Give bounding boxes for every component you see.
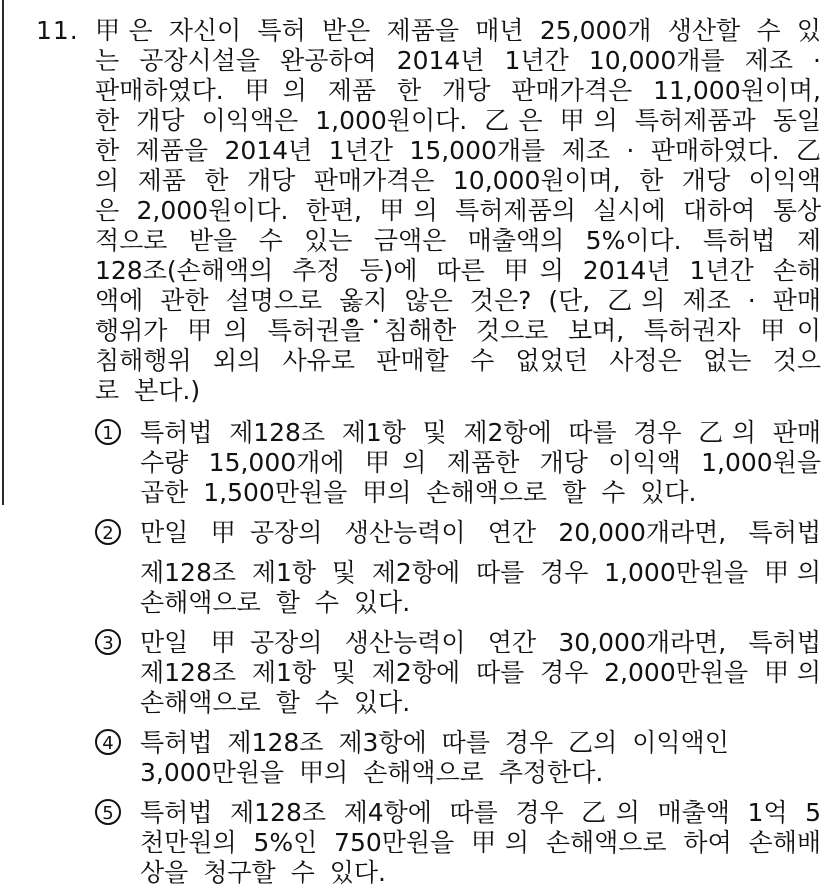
choice-line: 천만원의 5%인 750만원을 甲의 손해액으로 하여 손해배 (140, 828, 821, 858)
choice-3[interactable]: 3만일 甲공장의 생산능력이 연간 30,000개라면, 특허법제128조 제1… (95, 628, 821, 718)
choice-5-marker[interactable]: 5 (95, 799, 121, 825)
choice-line: 손해액으로 할 수 있다. (140, 688, 821, 718)
stem-line: 의 제품 한 개당 판매가격은 10,000원이며, 한 개당 이익액 (95, 166, 821, 196)
choice-line: 특허법 제128조 제1항 및 제2항에 따를 경우 乙의 판매 (140, 418, 821, 448)
stem-line: 는 공장시설을 완공하여 2014년 1년간 10,000개를 제조 · (95, 46, 821, 76)
stem-line: 128조(손해액의 추정 등)에 따른 甲의 2014년 1년간 손해 (95, 256, 821, 286)
choice-line: 수량 15,000개에 甲의 제품한 개당 이익액 1,000원을 (140, 448, 821, 478)
stem-text: 액에 관한 설명으로 (95, 286, 339, 315)
choice-line: 3,000만원을 甲의 손해액으로 추정한다. (140, 758, 821, 788)
choice-line: 상을 청구할 수 있다. (140, 858, 821, 888)
choice-line: 만일 甲공장의 생산능력이 연간 20,000개라면, 특허법 (140, 518, 821, 548)
left-column-border (2, 0, 4, 505)
choice-1[interactable]: 1특허법 제128조 제1항 및 제2항에 따를 경우 乙의 판매수량 15,0… (95, 418, 821, 508)
choice-1-marker[interactable]: 1 (95, 419, 121, 445)
question-number: 11. (36, 16, 79, 46)
answer-choices: 1특허법 제128조 제1항 및 제2항에 따를 경우 乙의 판매수량 15,0… (95, 418, 821, 895)
question-stem: 甲은 자신이 특허 받은 제품을 매년 25,000개 생산할 수 있는 공장시… (95, 16, 821, 406)
stem-line: 침해행위 외의 사유로 판매할 수 없었던 사정은 없는 것으 (95, 346, 821, 376)
choice-4[interactable]: 4특허법 제128조 제3항에 따를 경우 乙의 이익액인3,000만원을 甲의… (95, 728, 821, 788)
stem-text: 것은? (단, 乙의 제조 · 판매 (453, 286, 821, 315)
choice-4-marker[interactable]: 4 (95, 729, 121, 755)
exam-page: 11. 甲은 자신이 특허 받은 제품을 매년 25,000개 생산할 수 있는… (0, 0, 826, 895)
choice-2-marker[interactable]: 2 (95, 519, 121, 545)
stem-line: 로 본다.) (95, 376, 821, 406)
emphasized-phrase: 옳지 않은 (339, 286, 453, 315)
stem-line: 액에 관한 설명으로 옳지 않은 것은? (단, 乙의 제조 · 판매 (95, 286, 821, 316)
choice-line: 곱한 1,500만원을 甲의 손해액으로 할 수 있다. (140, 478, 821, 508)
choice-line: 특허법 제128조 제3항에 따를 경우 乙의 이익액인 (140, 728, 821, 758)
stem-line: 은 2,000원이다. 한편, 甲의 특허제품의 실시에 대하여 통상 (95, 196, 821, 226)
stem-line: 판매하였다. 甲의 제품 한 개당 판매가격은 11,000원이며, (95, 76, 821, 106)
stem-line: 행위가 甲의 특허권을 침해한 것으로 보며, 특허권자 甲이 (95, 316, 821, 346)
choice-2[interactable]: 2만일 甲공장의 생산능력이 연간 20,000개라면, 특허법제128조 제1… (95, 518, 821, 618)
stem-line: 한 제품을 2014년 1년간 15,000개를 제조 · 판매하였다. 乙 (95, 136, 821, 166)
stem-line: 적으로 받을 수 있는 금액은 매출액의 5%이다. 특허법 제 (95, 226, 821, 256)
stem-line: 甲은 자신이 특허 받은 제품을 매년 25,000개 생산할 수 있 (95, 16, 821, 46)
choice-line: 만일 甲공장의 생산능력이 연간 30,000개라면, 특허법 (140, 628, 821, 658)
stem-line: 한 개당 이익액은 1,000원이다. 乙은 甲의 특허제품과 동일 (95, 106, 821, 136)
choice-line: 제128조 제1항 및 제2항에 따를 경우 1,000만원을 甲의 (140, 558, 821, 588)
choice-line: 특허법 제128조 제4항에 따를 경우 乙의 매출액 1억 5 (140, 798, 821, 828)
choice-5[interactable]: 5특허법 제128조 제4항에 따를 경우 乙의 매출액 1억 5천만원의 5%… (95, 798, 821, 888)
choice-line: 손해액으로 할 수 있다. (140, 588, 821, 618)
choice-line: 제128조 제1항 및 제2항에 따를 경우 2,000만원을 甲의 (140, 658, 821, 688)
choice-3-marker[interactable]: 3 (95, 629, 121, 655)
